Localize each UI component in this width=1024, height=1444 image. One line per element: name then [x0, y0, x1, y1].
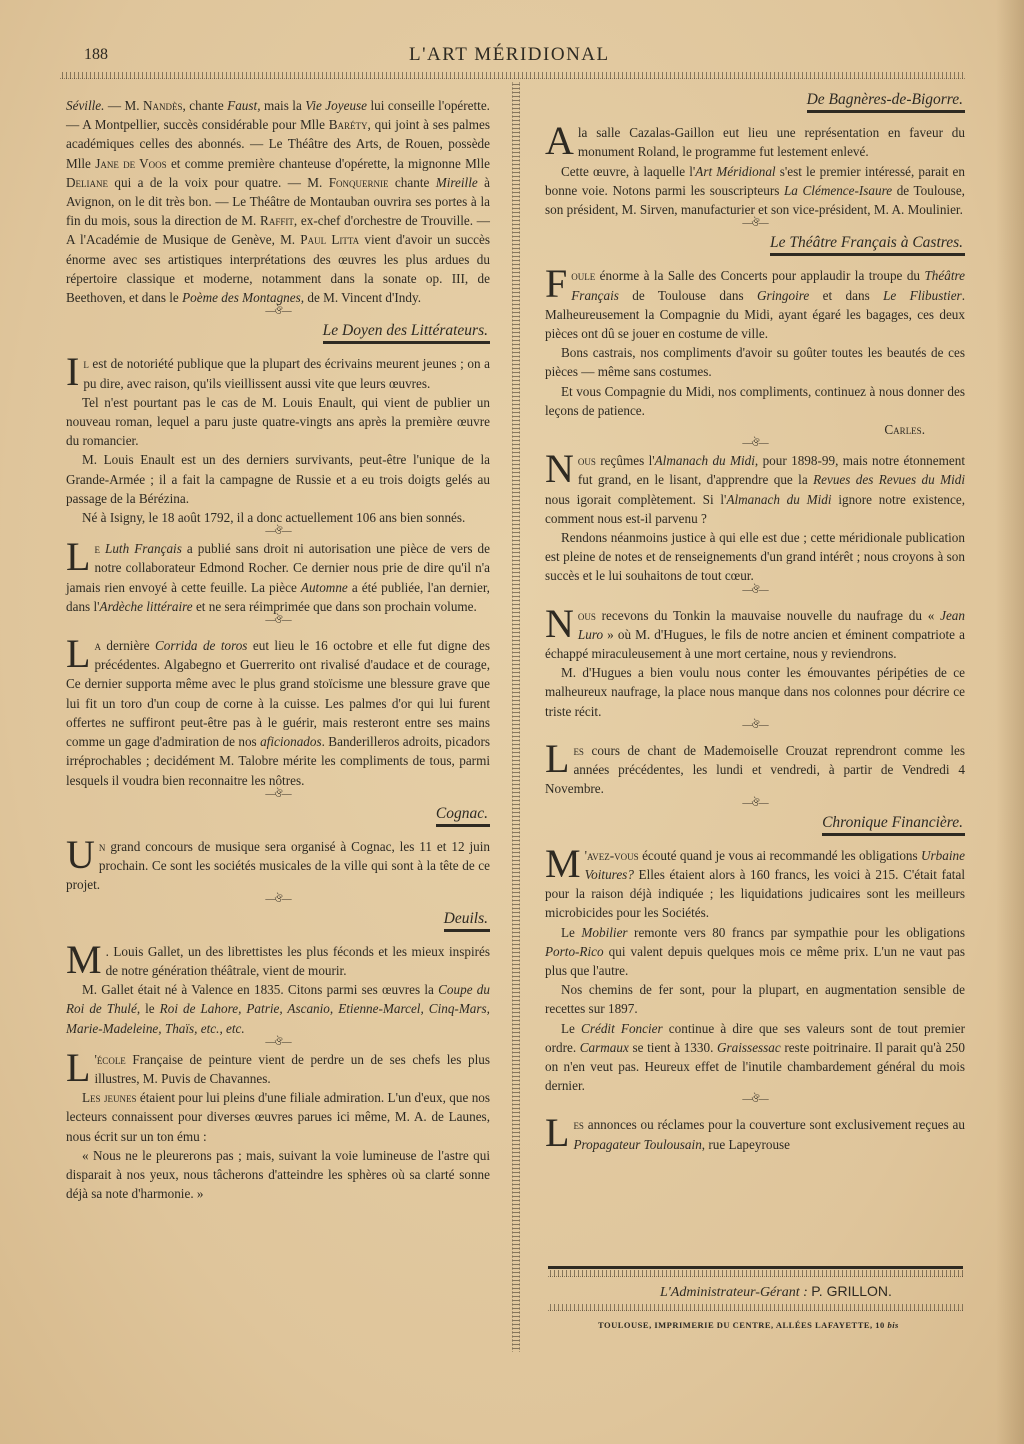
drop-cap: I — [66, 356, 79, 388]
section-heading: Cognac. — [66, 804, 490, 827]
column-divider — [512, 82, 520, 1352]
article-luth: Le Luth Français a publié sans droit ni … — [66, 539, 490, 616]
page-header: 188 L'ART MÉRIDIONAL — [84, 46, 964, 70]
article-doyen: Il est de notoriété publique que la plup… — [66, 354, 490, 392]
article-deuils: M. Louis Gallet, un des librettistes les… — [66, 942, 490, 980]
article-almanach: Nous reçûmes l'Almanach du Midi, pour 18… — [545, 451, 965, 528]
drop-cap: N — [545, 453, 574, 485]
drop-cap: L — [66, 1052, 90, 1084]
drop-cap: L — [545, 1117, 569, 1149]
section-heading: Deuils. — [66, 909, 490, 932]
quote: « Nous ne le pleurerons pas ; mais, suiv… — [66, 1146, 490, 1204]
ornament-divider-icon: —ঔ— — [66, 616, 490, 628]
drop-cap: L — [545, 743, 569, 775]
drop-cap: M — [545, 848, 581, 880]
ornament-divider-icon: —ঔ— — [545, 799, 965, 811]
administrator-line: L'Administrateur-Gérant : P. GRILLON. — [660, 1283, 892, 1301]
drop-cap: A — [545, 125, 574, 157]
header-wavy-rule — [60, 72, 965, 79]
article-bagneres: A la salle Cazalas-Gaillon eut lieu une … — [545, 123, 965, 161]
footer-thick-rule — [548, 1266, 963, 1269]
right-column: De Bagnères-de-Bigorre. A la salle Cazal… — [545, 88, 965, 1154]
drop-cap: N — [545, 608, 574, 640]
ornament-divider-icon: —ঔ— — [545, 586, 965, 598]
ornament-divider-icon: —ঔ— — [66, 790, 490, 802]
article-castres: Foule énorme à la Salle des Concerts pou… — [545, 266, 965, 343]
left-column: Séville. — M. Nandès, chante Faust, mais… — [66, 96, 490, 1203]
ornament-divider-icon: —ঔ— — [545, 721, 965, 733]
ornament-divider-icon: —ঔ— — [66, 527, 490, 539]
section-heading: Chronique Financière. — [545, 813, 965, 836]
page-edge-shadow — [996, 0, 1024, 1444]
ornament-divider-icon: —ঔ— — [66, 895, 490, 907]
article-crouzat: Les cours de chant de Mademoiselle Crouz… — [545, 741, 965, 799]
section-heading: Le Théâtre Français à Castres. — [545, 233, 965, 256]
signature: Carles. — [545, 420, 965, 439]
newspaper-page: 188 L'ART MÉRIDIONAL Séville. — M. Nandè… — [0, 0, 1024, 1444]
article-corrida: La dernière Corrida de toros eut lieu le… — [66, 636, 490, 790]
article-annonces: Les annonces ou réclames pour la couvert… — [545, 1115, 965, 1153]
ornament-divider-icon: —ঔ— — [545, 219, 965, 231]
drop-cap: L — [66, 541, 90, 573]
drop-cap: L — [66, 638, 90, 670]
ornament-divider-icon: —ঔ— — [66, 1038, 490, 1050]
drop-cap: U — [66, 839, 95, 871]
footer-wavy-rule — [548, 1270, 963, 1277]
ornament-divider-icon: —ঔ— — [545, 1095, 965, 1107]
section-heading: Le Doyen des Littérateurs. — [66, 321, 490, 344]
drop-cap: F — [545, 268, 567, 300]
article-cognac: Un grand concours de musique sera organi… — [66, 837, 490, 895]
drop-cap: M — [66, 944, 102, 976]
footer-wavy-rule — [548, 1304, 963, 1311]
ornament-divider-icon: —ঔ— — [545, 439, 965, 451]
article-tonkin: Nous recevons du Tonkin la mauvaise nouv… — [545, 606, 965, 664]
section-heading: De Bagnères-de-Bigorre. — [545, 90, 965, 113]
article-finance: M'avez-vous écouté quand je vous ai reco… — [545, 846, 965, 923]
article-theatre-news: Séville. — M. Nandès, chante Faust, mais… — [66, 96, 490, 307]
article-ecole: L'école Française de peinture vient de p… — [66, 1050, 490, 1088]
ornament-divider-icon: —ঔ— — [66, 307, 490, 319]
masthead-title: L'ART MÉRIDIONAL — [409, 44, 610, 66]
printer-imprint: TOULOUSE, IMPRIMERIE DU CENTRE, ALLÉES L… — [598, 1320, 899, 1330]
page-number: 188 — [84, 46, 108, 64]
